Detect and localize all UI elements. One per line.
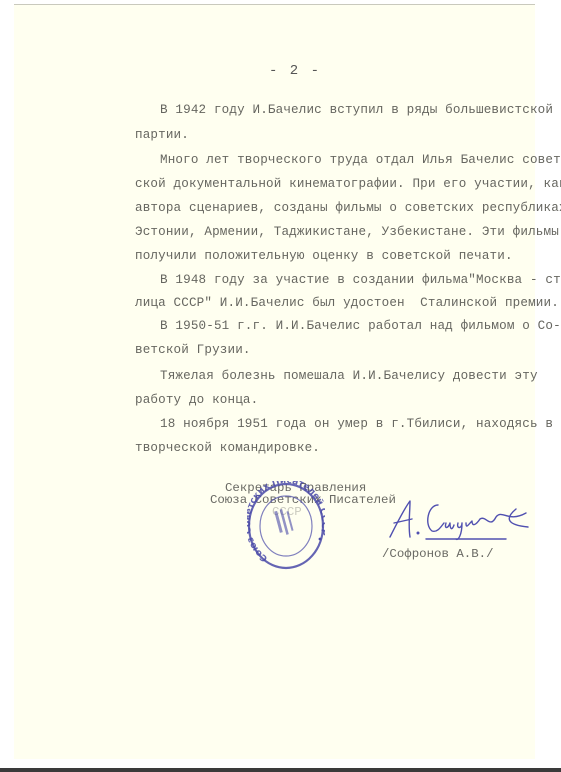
paragraph-6-line-1: 18 ноября 1951 года он умер в г.Тбилиси,… — [160, 417, 553, 431]
paragraph-3-line-1: В 1948 году за участие в создании фильма… — [160, 273, 561, 287]
paragraph-3-line-2: лица СССР" И.И.Бачелис был удостоен Стал… — [135, 296, 559, 310]
paragraph-6-line-2: творческой командировке. — [135, 441, 320, 455]
paragraph-1-line-2: партии. — [135, 128, 189, 142]
paragraph-2-line-3: автора сценариев, созданы фильмы о совет… — [135, 201, 561, 215]
paragraph-1-line-1: В 1942 году И.Бачелис вступил в ряды бол… — [160, 103, 553, 117]
paragraph-5-line-1: Тяжелая болезнь помешала И.И.Бачелису до… — [160, 369, 538, 383]
handwritten-signature-icon — [386, 495, 536, 545]
paragraph-4-line-2: ветской Грузии. — [135, 343, 251, 357]
paragraph-2-line-2: ской документальной кинематографии. При … — [135, 177, 561, 191]
svg-text:Союз Советских Писателей СССР: Союз Советских Писателей СССР — [247, 481, 325, 563]
document-page: - 2 - В 1942 году И.Бачелис вступил в ря… — [14, 4, 535, 759]
paragraph-5-line-2: работу до конца. — [135, 393, 258, 407]
page-number: - 2 - — [269, 63, 321, 79]
paragraph-4-line-1: В 1950-51 г.г. И.И.Бачелис работал над ф… — [160, 319, 561, 333]
official-stamp-icon: Союз Советских Писателей СССР — [247, 481, 325, 571]
paragraph-2-line-1: Много лет творческого труда отдал Илья Б… — [160, 153, 561, 167]
paragraph-2-line-5: получили положительную оценку в советско… — [135, 249, 513, 263]
paragraph-2-line-4: Эстонии, Армении, Таджикистане, Узбекист… — [135, 225, 559, 239]
signatory-name: /Софронов А.В./ — [382, 547, 494, 561]
bottom-scan-edge — [0, 768, 561, 772]
